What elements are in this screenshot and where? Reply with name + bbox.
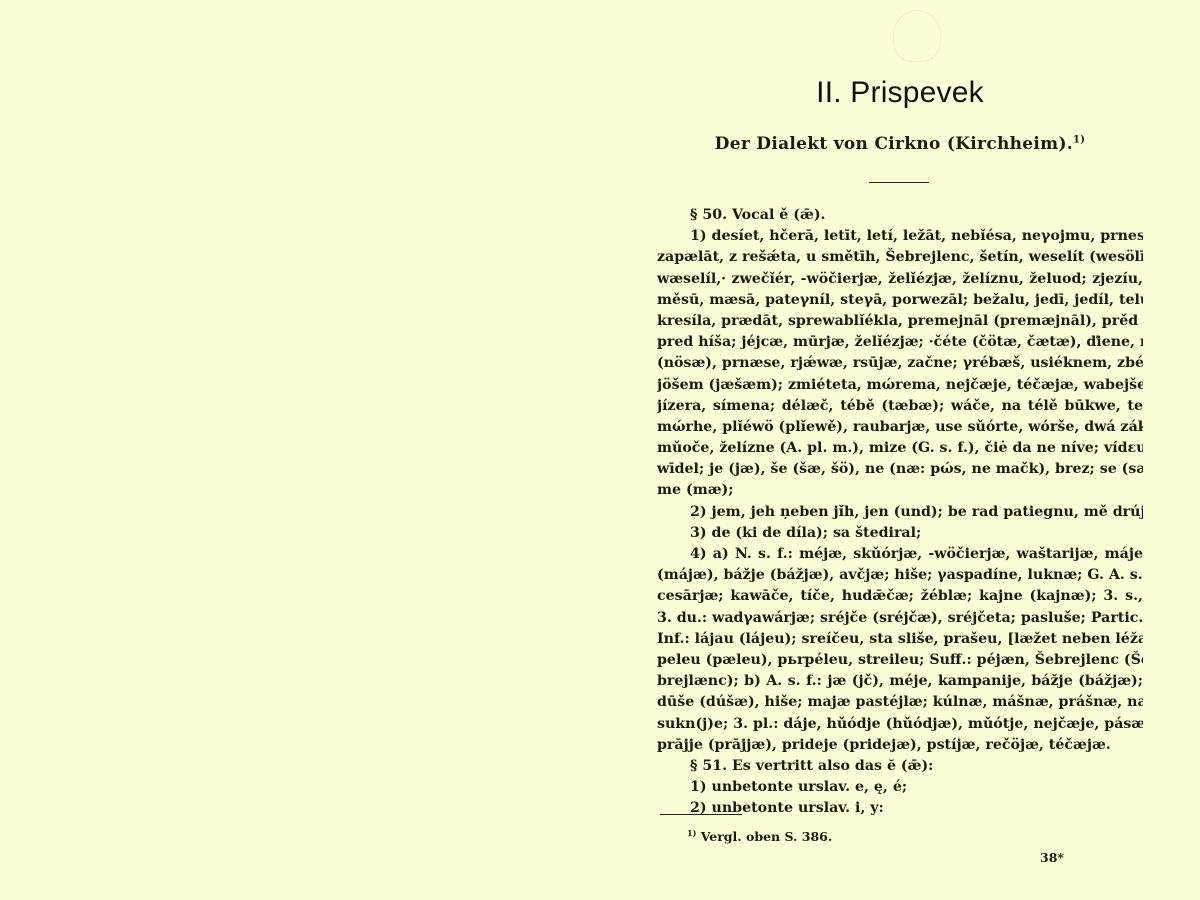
body-text-line: me (mæ); (657, 480, 1143, 501)
body-text-line: měsū, mæsā, pateγníl, steγā, porwezāl; b… (657, 290, 1143, 311)
body-text-line: 4) a) N. s. f.: méjæ, skǔórjæ, -wöčierjæ… (657, 544, 1143, 565)
footnote-text: Vergl. oben S. 386. (701, 829, 832, 844)
body-text-line: (nösæ), prnæse, rjǽwæ, rsūjæ, začne; γré… (657, 353, 1143, 374)
body-text-line: jízera, símena; délæč, tébě (tæbæ); wáče… (657, 396, 1143, 417)
section-line: § 50. Vocal ě (ǣ). (657, 205, 1143, 226)
body-text-line: mǔoče, želízne (A. pl. m.), mize (G. s. … (657, 438, 1143, 459)
chapter-title-text: Der Dialekt von Cirkno (Kirchheim). (715, 134, 1073, 154)
body-text-column: § 50. Vocal ě (ǣ).1) desíet, hčerā, letī… (657, 205, 1143, 819)
faint-stamp-mark (893, 10, 941, 62)
page-heading: II. Prispevek (700, 76, 1100, 110)
footnote: 1) Vergl. oben S. 386. (687, 828, 832, 844)
body-text-line: mώrhe, plǐéwö (plǐewě), raubarjæ, use sǔ… (657, 417, 1143, 438)
body-text-line: peleu (pæleu), pьrpéleu, streileu; Suff.… (657, 650, 1143, 671)
section-line: 2) jem, jeh ņeben jǐh, jen (und); be rad… (657, 502, 1143, 523)
title-divider (869, 182, 929, 183)
body-text-line: wæselíl,· zwečǐér, -wöčierjæ, želǐézjæ, … (657, 269, 1143, 290)
body-text-line: kresíla, prædāt, sprewablǐékla, premejnā… (657, 311, 1143, 332)
body-text-line: 1) desíet, hčerā, letīt, letí, ležāt, ne… (657, 226, 1143, 247)
document-page: II. Prispevek Der Dialekt von Cirkno (Ki… (0, 0, 1200, 900)
body-text-line: pred híša; jéjcæ, mūrjæ, želǐézjæ; ·čéte… (657, 332, 1143, 353)
section-line: § 51. Es vertritt also das ĕ (ǣ): (657, 756, 1143, 777)
section-line: 1) unbetonte urslav. e, ę, é; (657, 777, 1143, 798)
chapter-title: Der Dialekt von Cirkno (Kirchheim).1) (660, 134, 1140, 154)
body-text-line: Inf.: lájau (lájeu); sreíčeu, sta sliše,… (657, 629, 1143, 650)
footnote-reference: 1) (1073, 134, 1085, 145)
body-text-line: brejlænc); b) A. s. f.: jæ (jč), méje, k… (657, 671, 1143, 692)
body-text-line: jöšem (jæšæm); zmiéteta, mώrema, nejčæje… (657, 375, 1143, 396)
body-text-line: prājje (prājjæ), prideje (pridejæ), pstí… (657, 735, 1143, 756)
body-text-line: cesārjæ; kawāče, tíče, hudǣčæ; žéblæ; ka… (657, 586, 1143, 607)
body-text-line: (májæ), bážje (bážjæ), avčjæ; hiše; γasp… (657, 565, 1143, 586)
page-number: 38* (1040, 850, 1064, 865)
body-text-line: 3. du.: wadγawárjæ; sréjče (sréjčæ), sré… (657, 608, 1143, 629)
body-text-line: zapælāt, z rešǽta, u smětīh, Šebrejlenc,… (657, 247, 1143, 268)
body-text-line: wīdel; je (jæ), še (šæ, šö), ne (næ: pώs… (657, 459, 1143, 480)
body-text-line: dūše (dúšæ), hiše; majæ pastéjlæ; kúlnæ,… (657, 692, 1143, 713)
footnote-divider (660, 814, 742, 815)
body-text-line: sukn(j)e; 3. pl.: dáje, hǔódje (hǔódjæ),… (657, 714, 1143, 735)
section-line: 2) unbetonte urslav. i, y: (657, 798, 1143, 819)
section-line: 3) de (ki de díla); sa štediral; (657, 523, 1143, 544)
footnote-mark: 1) (687, 828, 696, 838)
